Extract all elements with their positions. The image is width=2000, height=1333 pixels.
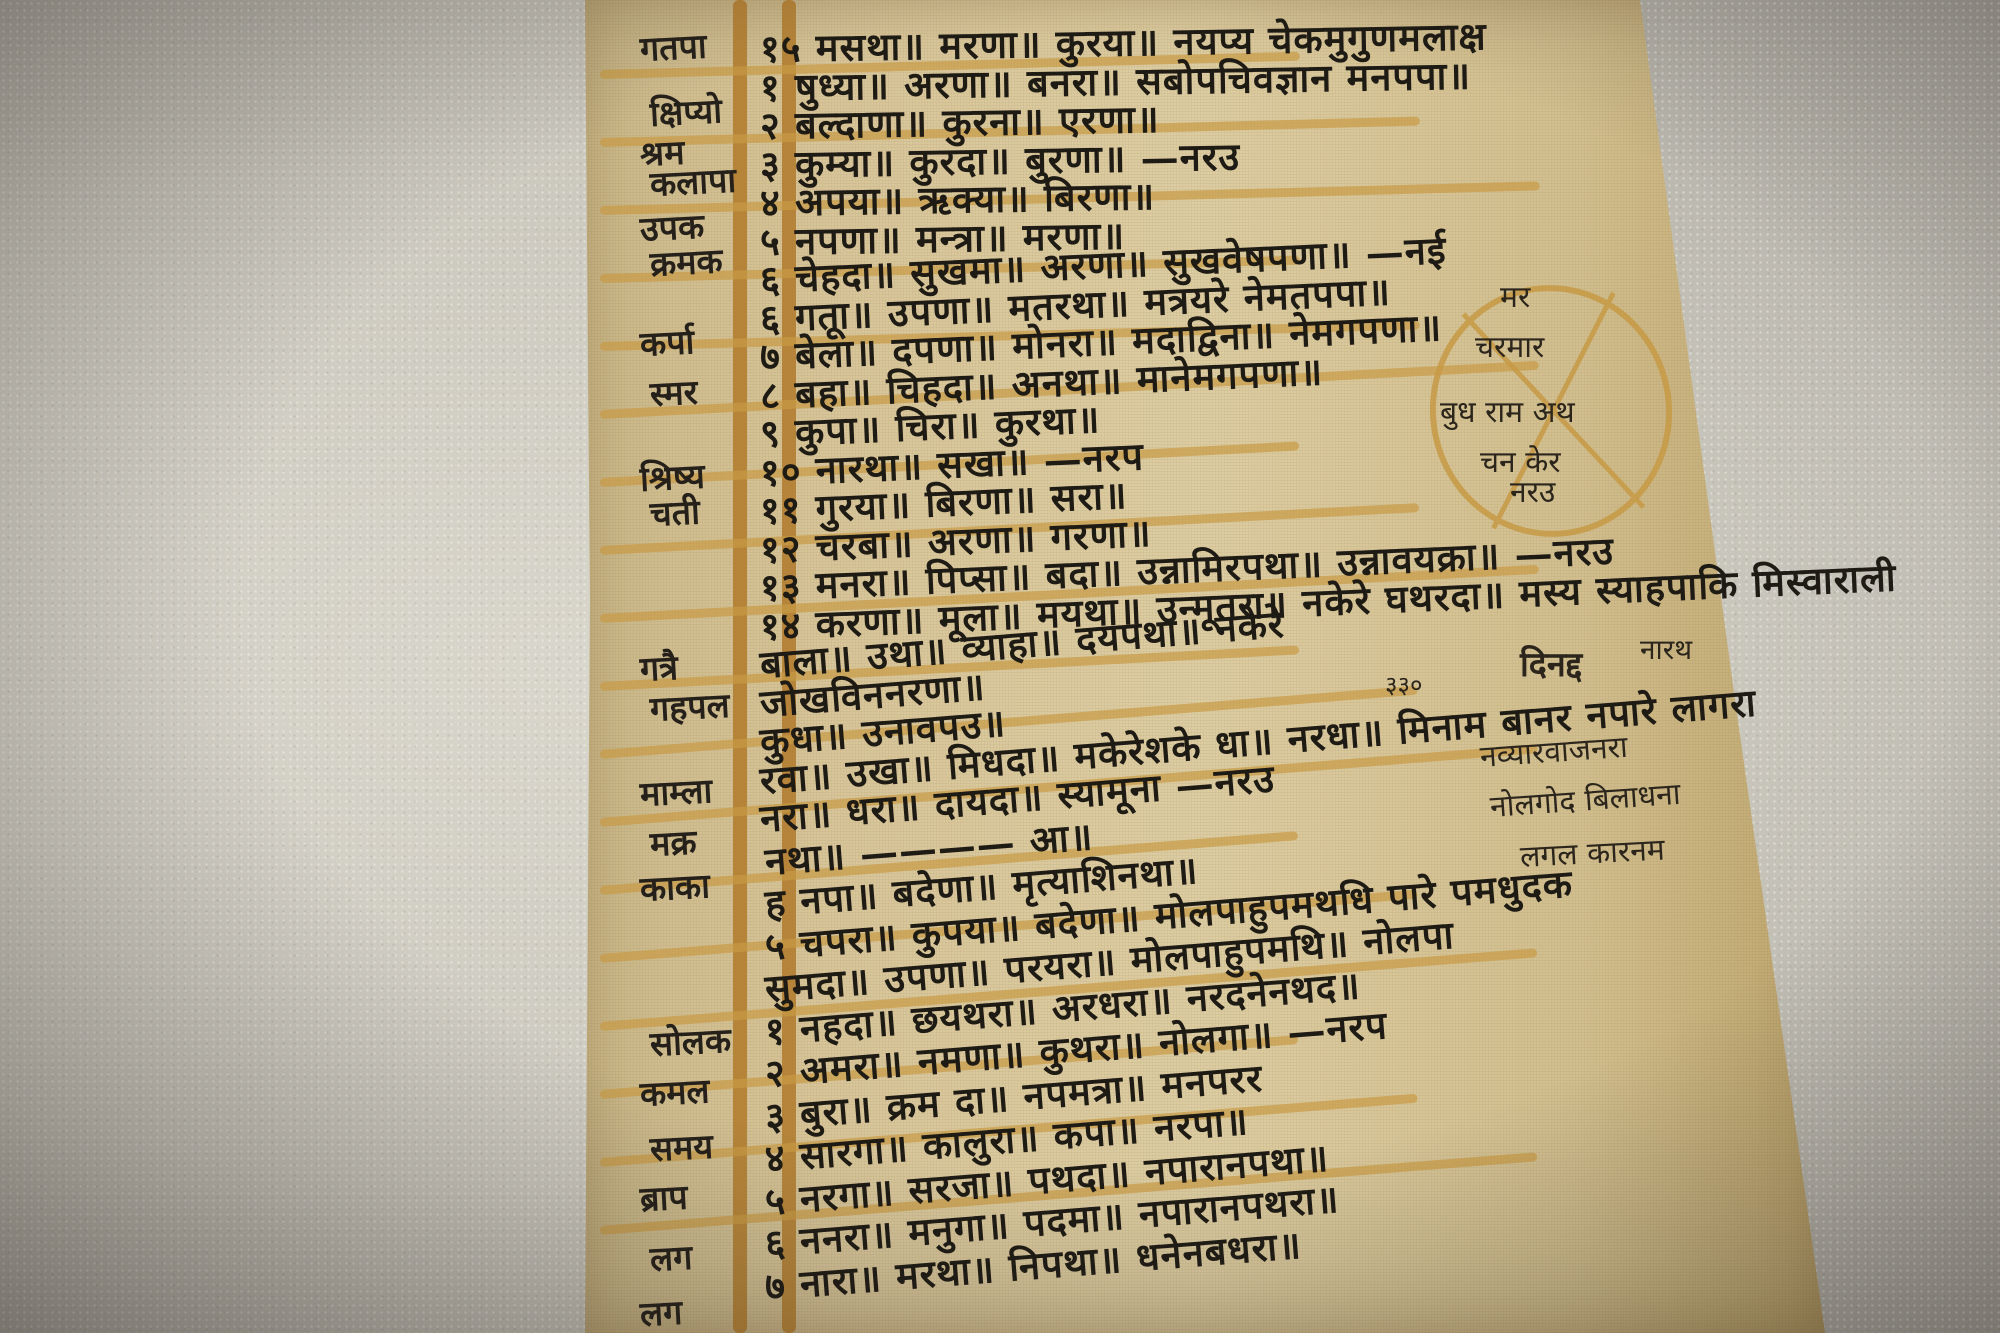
margin-label: गहपल xyxy=(649,681,731,731)
margin-label: स्मर xyxy=(649,368,699,416)
right-note: लगल कारनम xyxy=(1519,827,1666,876)
margin-label: मक्र xyxy=(649,818,698,866)
margin-label: काका xyxy=(639,861,711,911)
right-note: दिनद्द xyxy=(1520,640,1582,686)
right-note: नारथ xyxy=(1640,630,1692,668)
margin-label: कलापा xyxy=(649,156,737,206)
margin-label: कमल xyxy=(639,1066,711,1116)
chakra-label: बुध राम अथ xyxy=(1440,390,1575,431)
margin-label: ब्राप xyxy=(639,1173,689,1221)
margin-label: कर्पा xyxy=(639,317,696,366)
margin-label: लग xyxy=(639,1288,684,1333)
chakra-label: चरमार xyxy=(1475,325,1544,366)
margin-label: समय xyxy=(649,1122,714,1171)
margin-label: क्रमक xyxy=(649,236,724,286)
margin-label: सोलक xyxy=(649,1016,732,1066)
chakra-label: मर xyxy=(1500,275,1530,316)
margin-label: माम्ला xyxy=(639,766,714,816)
chakra-label: नरउ xyxy=(1510,470,1555,511)
margin-label: चती xyxy=(649,487,701,536)
right-note: ३३० xyxy=(1385,668,1422,701)
margin-label: लग xyxy=(649,1233,694,1281)
margin-label: गतपा xyxy=(639,22,708,71)
